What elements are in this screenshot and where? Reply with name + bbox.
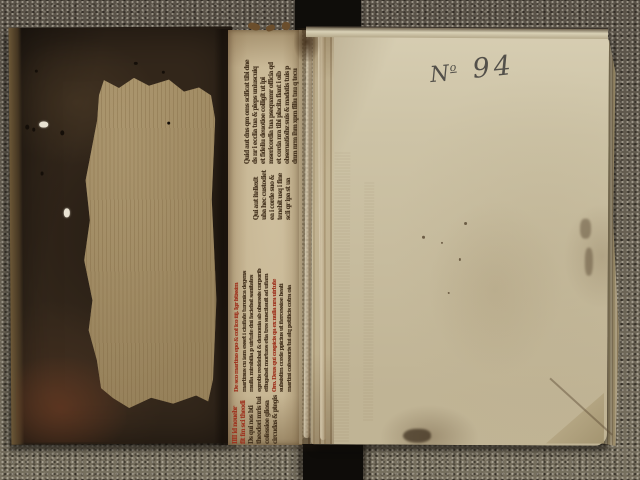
fragment-text-line: tenebit usq i fine [277,168,285,220]
corner-fold [546,385,604,443]
fragment-text-line: et fideliu deuotioe colligit ut ipi [260,46,268,164]
inside-front-cover [9,26,236,445]
manuscript-photo: Quid aut dns qm oms scificat tibi dneds … [0,0,640,480]
wormhole [162,71,165,74]
wormhole [60,130,64,135]
torn-leaf-ridge [304,36,313,438]
fragment-text-line: et corda nra tibi placita fiant i oib [276,46,284,164]
fragment-text-line: subsistim ccede ppicius ut itercessioe b… [279,226,287,392]
flyleaf-page: No94 [311,32,609,446]
wormhole [25,125,29,130]
fragment-text-block-2: Qui aut itellexituba hec custodietea i c… [250,168,302,220]
gutter-creases [299,30,334,444]
paper-speck [64,208,70,217]
wormhole [134,62,138,65]
text-offset-ghost [363,182,374,422]
fragment-text-line: msericordia tua psequamr officia qd [268,46,276,164]
fragment-text-line: cofessioe gliosa [264,392,272,444]
paper-speck [39,122,48,128]
fragment-text-line: circudas & ptegis [272,392,280,444]
fragment-text-line: uba hec custodiet [261,168,269,220]
fragment-text-line: Oro. Deus qui cospicis qa ex nulla nra u… [272,226,280,392]
fragment-text-block-4: IIII id nouebrfit fm sci theodiDs qui no… [232,392,282,444]
fragment-text-line: martini cofessoris tui atq potificis cot… [287,226,295,392]
ink-spot [448,292,450,294]
fragment-text-line: Ds qui nos bti [248,392,256,444]
shelfmark-inscription: No94 [428,44,573,114]
shelfmark-prefix: N [429,61,451,88]
shelfmark-number: 94 [471,50,516,85]
ink-spot [459,258,461,261]
fragment-text-line: IIII id nouebr [232,392,240,444]
fragment-text-line: ds nr i ecclia tua & pleps uniuscuiq [252,46,260,164]
fragment-text-line: theodori mris tui [256,392,264,444]
ink-spot [441,242,443,244]
fragment-text-line: Qui aut itellexit [253,168,261,220]
fragment-text-line: martinus cu iam esset i ciuitate turonic… [242,226,250,392]
ink-spot [422,236,425,239]
fragment-text-block-3: De sco martino epo & cof lco iiij. Igr b… [234,226,294,392]
fragment-text-line: De sco martino epo & cof lco iiij. Igr b… [234,226,242,392]
torn-leaf-ridge [318,32,326,440]
fragment-text-line: scli qr ipa st ua [285,168,293,220]
wormhole [41,172,44,176]
shelfmark-ordinal: o [449,61,457,75]
fragment-text-line: ea i corde suo & [269,168,277,220]
text-offset-ghost [333,152,351,442]
ink-spot [464,222,467,225]
fragment-text-block-1: Quid aut dns qm oms scificat tibi dneds … [244,46,300,164]
fragment-text-line: Quid aut dns qm oms scificat tibi dne [244,46,252,164]
fragment-text-line: egrotis reddebat & demonia ab obsessis c… [257,226,265,392]
wormhole [35,70,38,73]
smudge-mark [580,219,591,239]
fragment-text-line: multa mirabilia p uirtute dni faciebat s… [249,226,257,392]
bottom-stain [403,429,431,443]
binding-fragment-strip: Quid aut dns qm oms scificat tibi dneds … [228,30,302,445]
smudge-mark [585,248,593,276]
fragment-text-line: effugabat mortuos etia tres suscitauit a… [264,226,272,392]
wormhole [32,128,35,132]
head-edge-pages [306,26,608,39]
wormhole [167,122,170,125]
fragment-text-line: obseruatioibz suis & madatis tuis p [284,46,292,164]
fragment-text-line: fit fm sci theodi [240,392,248,444]
